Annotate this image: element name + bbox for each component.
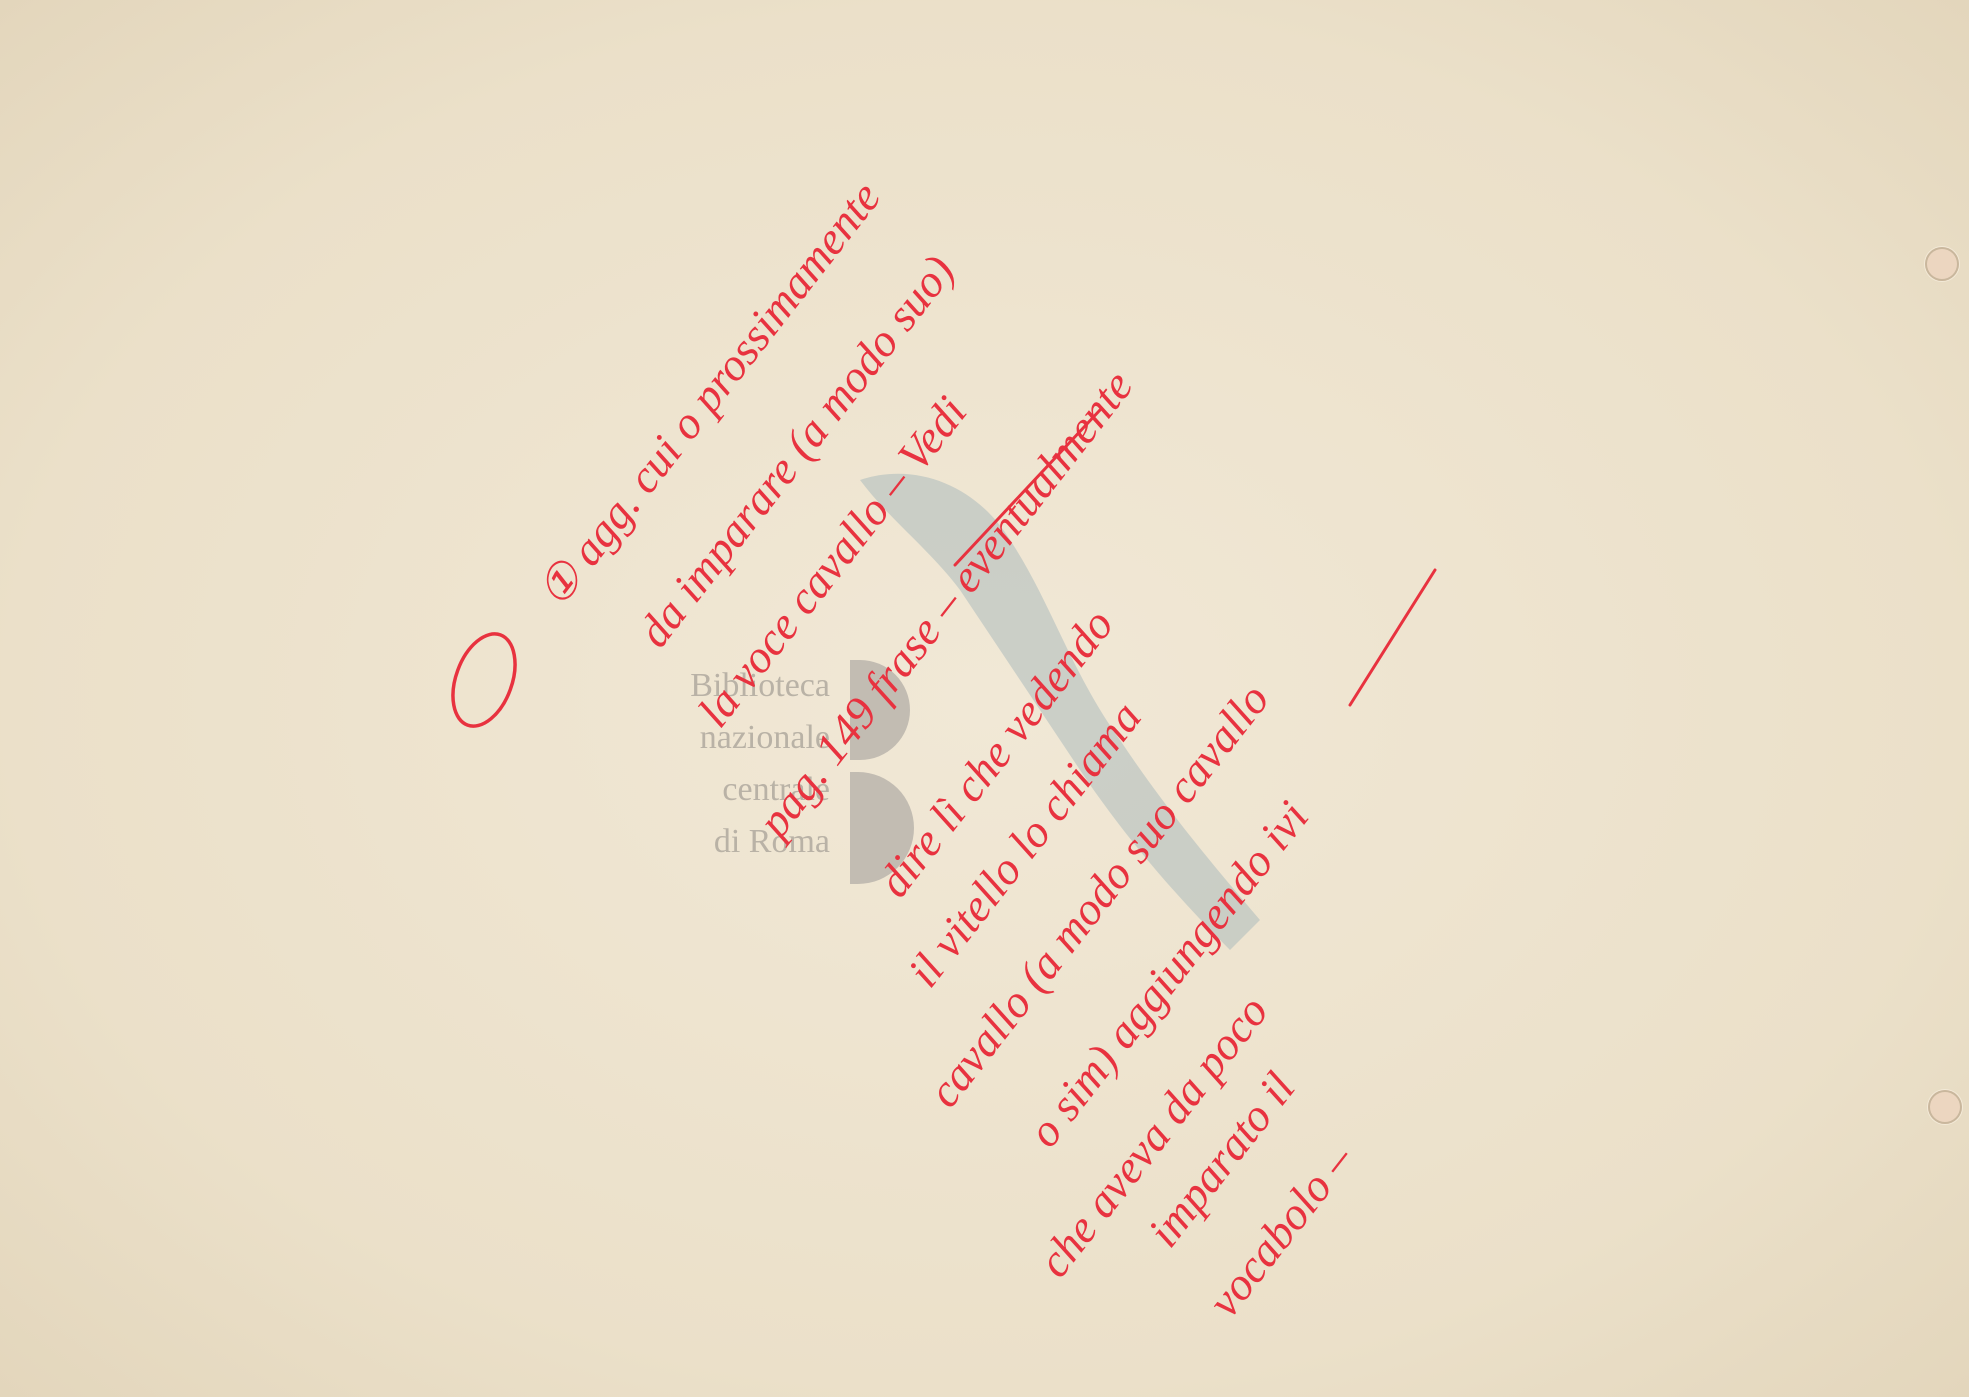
handwriting-layer: ① agg. cui o prossimamente da imparare (… (0, 0, 1969, 1397)
underline-mark (1350, 570, 1435, 705)
circled-number-icon (441, 625, 526, 734)
underline-mark (955, 410, 1100, 565)
